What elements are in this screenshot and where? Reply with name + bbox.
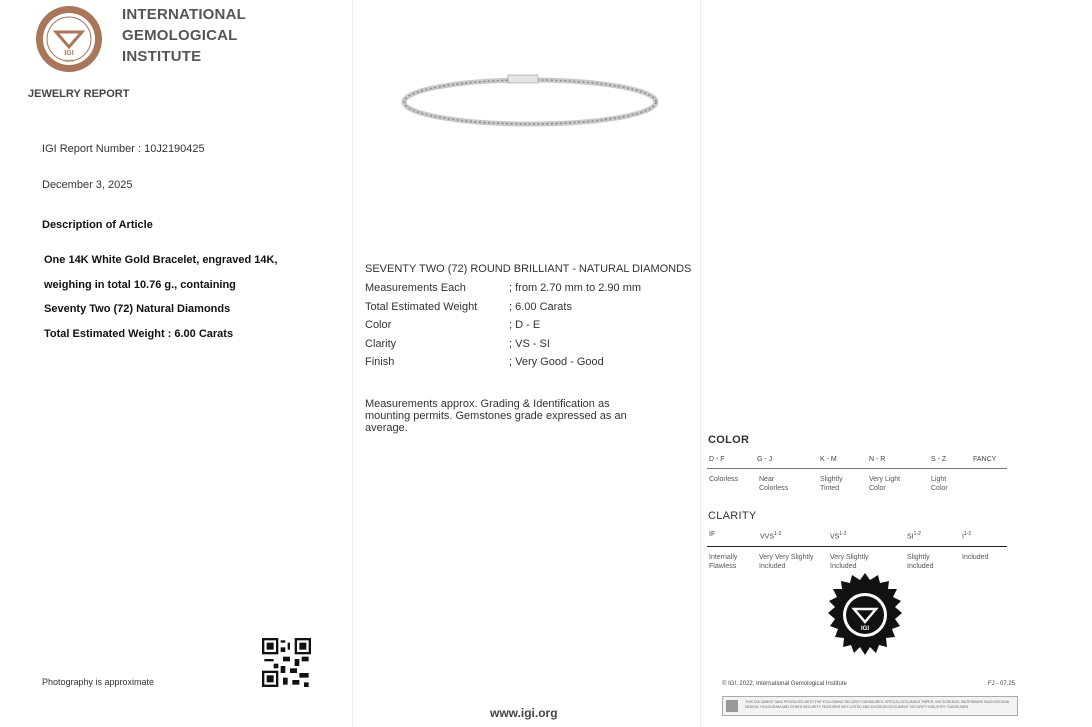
color-grade: D - F — [709, 456, 725, 463]
spec-color: Color; D - E — [365, 319, 540, 331]
report-type: JEWELRY REPORT — [28, 88, 129, 100]
copyright: © IGI, 2022, International Gemological I… — [722, 681, 847, 687]
clarity-scale-title: CLARITY — [708, 510, 757, 522]
lock-icon — [726, 700, 738, 712]
form-code: FJ - 07.25 — [988, 681, 1015, 687]
svg-text:IGI: IGI — [64, 50, 73, 57]
color-grade: N - R — [869, 456, 885, 463]
bracelet-photo — [400, 72, 660, 142]
color-grade: S - Z — [931, 456, 946, 463]
spec-measurements: Measurements Each; from 2.70 mm to 2.90 … — [365, 282, 641, 294]
clarity-divider — [707, 546, 1007, 547]
description-line: One 14K White Gold Bracelet, engraved 14… — [44, 254, 278, 266]
clarity-grade: SI1-2 — [907, 531, 921, 540]
clarity-desc: Internally Flawless — [709, 553, 749, 571]
color-grade: G - J — [757, 456, 772, 463]
igi-seal-logo-icon: IGI 1975 — [26, 4, 112, 74]
spec-clarity: Clarity; VS - SI — [365, 338, 550, 350]
security-notice: THIS DOCUMENT WAS PRODUCED WITH THE FOLL… — [722, 696, 1018, 716]
clarity-grade: I1-2 — [962, 531, 971, 540]
stone-heading: SEVENTY TWO (72) ROUND BRILLIANT - NATUR… — [365, 263, 691, 275]
clarity-desc: Slightly Included — [907, 553, 941, 571]
clarity-grade: VS1-2 — [830, 531, 847, 540]
color-desc: Near Colorless — [759, 475, 799, 493]
description-heading: Description of Article — [42, 219, 153, 231]
description-line: Seventy Two (72) Natural Diamonds — [44, 303, 230, 315]
clarity-desc: Included — [962, 553, 1002, 562]
measurement-note: Measurements approx. Grading & Identific… — [365, 398, 655, 434]
color-grade: K - M — [820, 456, 837, 463]
color-grade: FANCY — [973, 456, 996, 463]
clarity-grade: VVS1-2 — [760, 531, 781, 540]
description-line: Total Estimated Weight : 6.00 Carats — [44, 328, 233, 340]
institute-name: INTERNATIONAL GEMOLOGICAL INSTITUTE — [122, 4, 246, 67]
report-number: IGI Report Number : 10J2190425 — [42, 143, 205, 155]
color-desc: Very Light Color — [869, 475, 913, 493]
svg-text:IGI: IGI — [861, 626, 869, 632]
color-desc: Light Color — [931, 475, 961, 493]
website-link[interactable]: www.igi.org — [490, 706, 558, 720]
color-divider — [707, 468, 1007, 469]
spec-finish: Finish; Very Good - Good — [365, 356, 604, 368]
report-date: December 3, 2025 — [42, 179, 133, 191]
igi-seal-icon: IGI — [820, 572, 910, 658]
svg-text:1975: 1975 — [65, 58, 75, 63]
clarity-desc: Very Very Slightly Included — [759, 553, 825, 571]
color-desc: Colorless — [709, 475, 749, 484]
clarity-desc: Very Slightly Included — [830, 553, 894, 571]
spec-total-weight: Total Estimated Weight; 6.00 Carats — [365, 301, 572, 313]
color-scale-title: COLOR — [708, 434, 749, 446]
color-desc: Slightly Tinted — [820, 475, 856, 493]
photo-note: Photography is approximate — [42, 677, 154, 687]
left-panel: IGI 1975 INTERNATIONAL GEMOLOGICAL INSTI… — [0, 0, 352, 727]
qr-code-icon[interactable] — [262, 638, 311, 687]
clarity-grade: IF — [709, 531, 715, 538]
description-line: weighing in total 10.76 g., containing — [44, 279, 236, 291]
